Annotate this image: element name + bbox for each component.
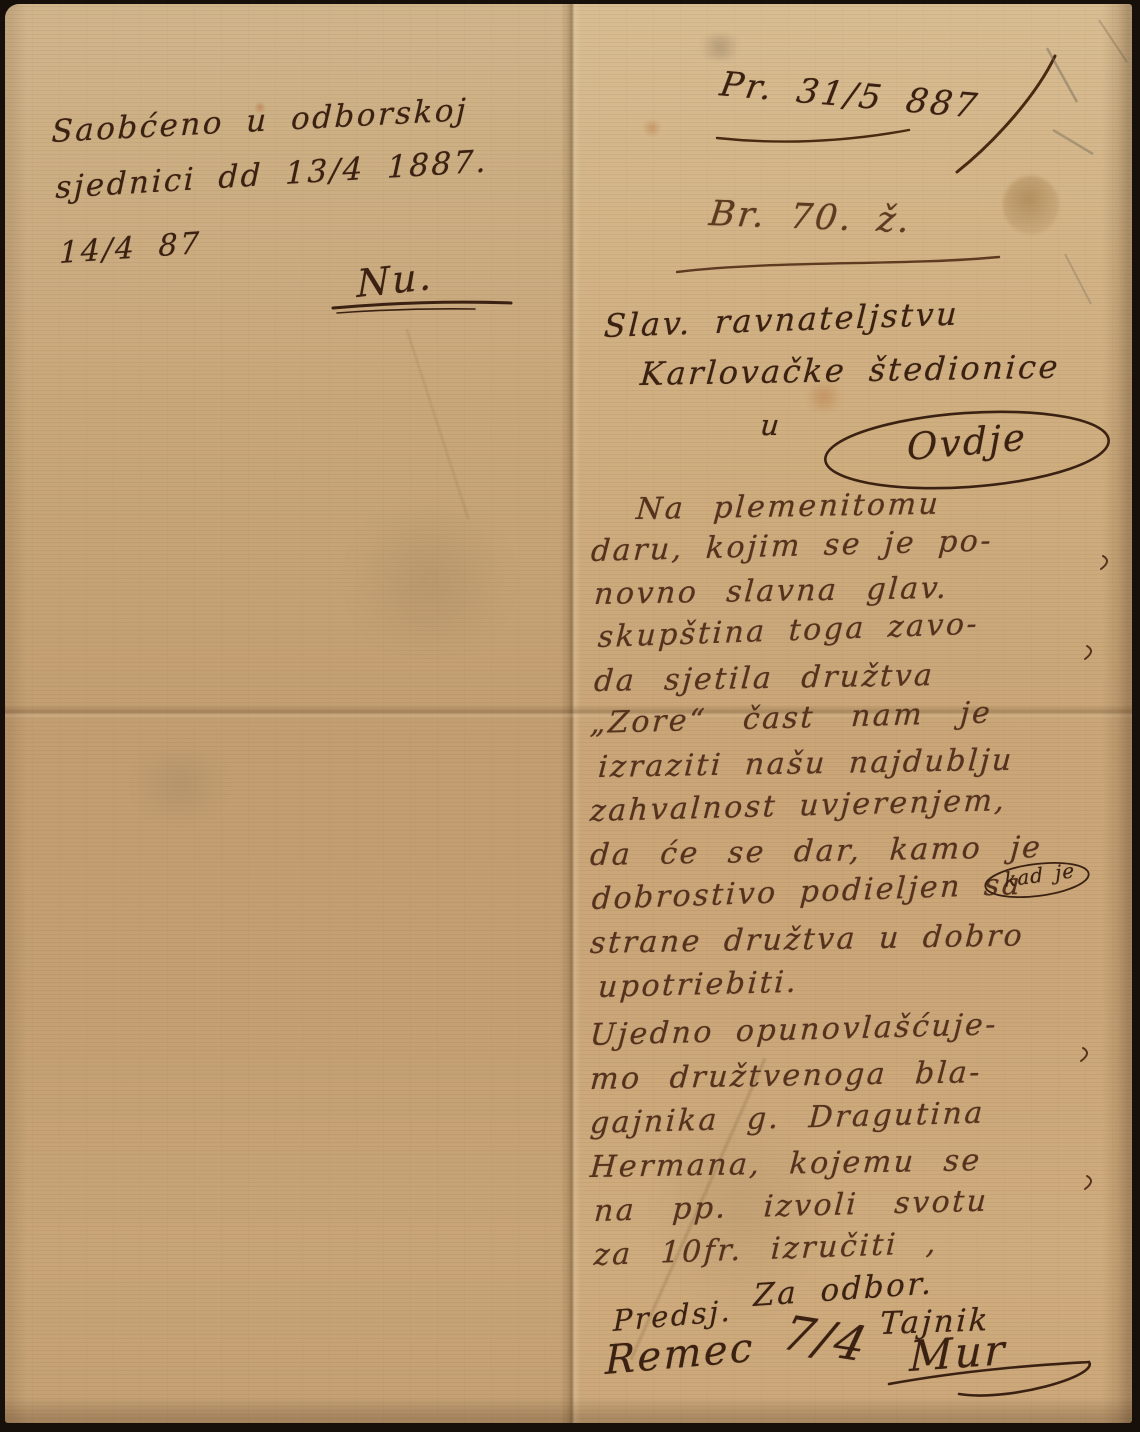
reference-number: Br. 70. ž. [707,194,914,241]
body-line: zahvalnost uvjerenjem, [589,783,1008,829]
body-line: novno slavna glav. [593,571,950,612]
body-line: daru, kojim se je po- [590,523,994,569]
ink-blot-stain [1003,176,1059,234]
body-line: za 10fr. izručiti , [593,1226,939,1273]
body-line: na pp. izvoli svotu [593,1184,990,1229]
body-line: dobrostivo podieljen sa [591,867,1023,917]
body-line: strane družtva u dobro [589,918,1026,961]
scanned-letter-page: { "registration_note": { "line1": "Saobć… [0,0,1140,1432]
body-line: skupština toga zavo- [597,607,980,655]
address-line-2: Karlovačke štedionice [639,348,1061,393]
protocol-number: Pr. 31/5 887 [717,64,982,126]
body-line: Na plemenitomu [635,487,942,527]
address-line-3: u [759,408,783,442]
secretary-signature: Mur [909,1325,1007,1381]
body-line: da će se dar, kamo je [589,830,1044,873]
smudge [695,34,745,60]
address-line-1: Slav. ravnateljstvu [603,295,960,345]
address-line-4-ovdje: Ovdje [907,415,1027,469]
body-line: mo družtvenoga bla- [589,1055,983,1097]
body-line: gajnika g. Dragutina [589,1096,986,1141]
body-line: Hermana, kojemu se [589,1143,983,1185]
registration-note-initials: Nu. [356,254,434,306]
body-line: da sjetila družtva [593,658,936,699]
closing-date: 7/4 [777,1305,874,1373]
body-line: upotriebiti. [597,965,799,1005]
body-line: izraziti našu najdublju [597,743,1015,785]
body-line: „Zore“ čast nam je [589,695,993,741]
rust-spot [641,120,663,136]
paper-sheet: Saobćeno u odborskoj sjednici dd 13/4 18… [5,4,1132,1423]
body-line: Ujedno opunovlašćuje- [589,1007,999,1053]
